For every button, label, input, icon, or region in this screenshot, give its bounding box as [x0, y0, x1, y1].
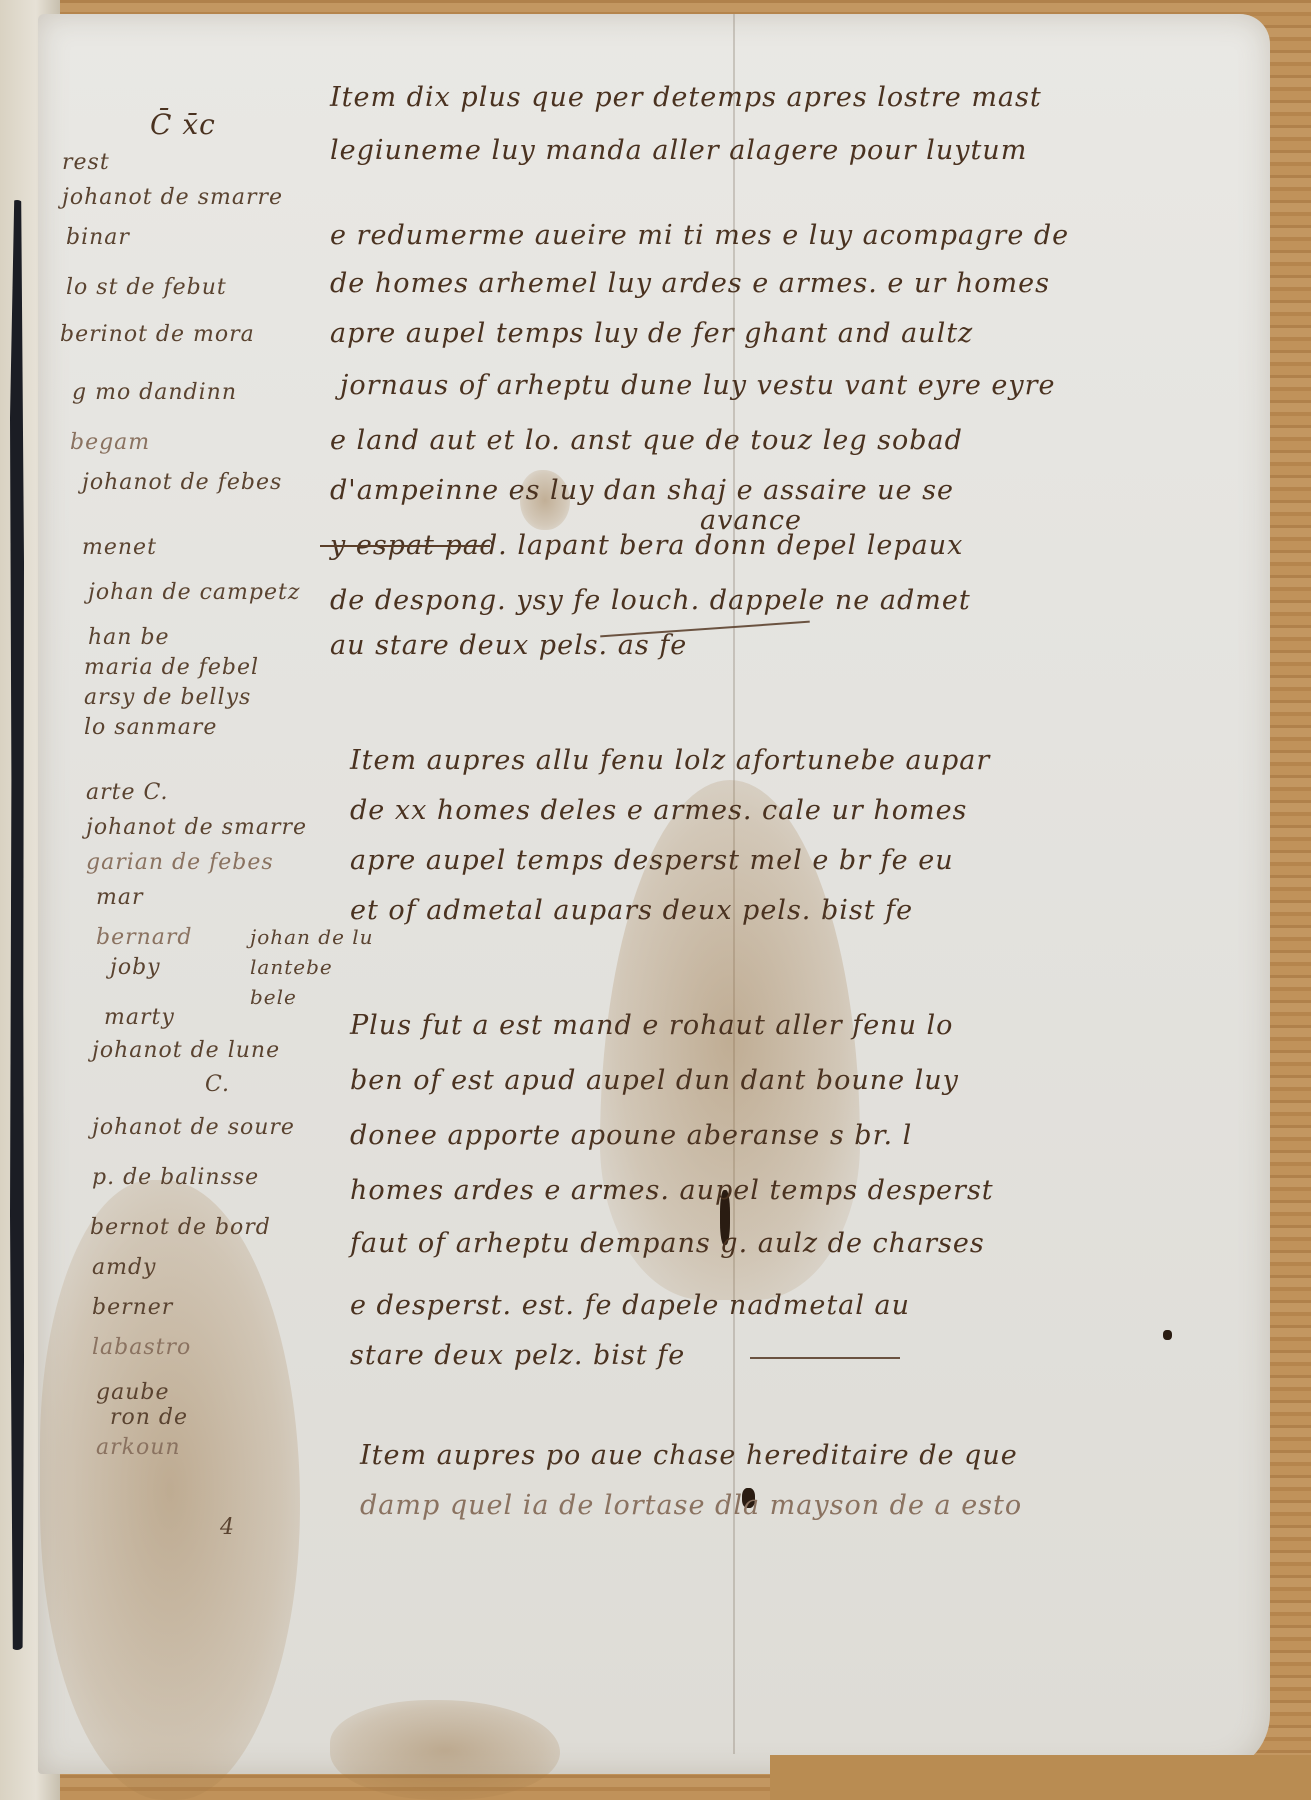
margin-name: johan de campetz [88, 580, 300, 605]
margin-name: begam [70, 430, 150, 455]
margin-name: amdy [92, 1255, 157, 1280]
text-line: apre aupel temps luy de fer ghant and au… [330, 318, 973, 349]
text-line: donee apporte apoune aberanse s br. l [350, 1120, 912, 1151]
margin-name: gaube [96, 1380, 169, 1405]
text-line: jornaus of arheptu dune luy vestu vant e… [340, 370, 1056, 401]
text-line: e land aut et lo. anst que de touz leg s… [330, 425, 963, 456]
text-line: e desperst. est. fe dapele nadmetal au [350, 1290, 910, 1321]
margin-name: berner [92, 1295, 173, 1320]
text-line: Item aupres allu fenu lolz afortunebe au… [350, 745, 990, 776]
margin-name: lo sanmare [84, 715, 217, 740]
margin-name: C. [205, 1072, 230, 1097]
text-line: e redumerme aueire mi ti mes e luy acomp… [330, 220, 1069, 251]
margin-name: johanot de lune [92, 1038, 280, 1063]
margin-name: johanot de smarre [62, 185, 283, 210]
margin-name: han be [88, 625, 170, 650]
margin-name: bele [250, 985, 297, 1009]
text-line: legiuneme luy manda aller alagere pour l… [330, 135, 1027, 166]
text-line: Plus fut a est mand e rohaut aller fenu … [350, 1010, 953, 1041]
folio-number: 4 [220, 1515, 235, 1540]
margin-name: arsy de bellys [84, 685, 251, 710]
text-line: homes ardes e armes. aupel temps despers… [350, 1175, 994, 1206]
text-line: d'ampeinne es luy dan shaj e assaire ue … [330, 475, 954, 506]
ink-dot [1163, 1330, 1172, 1340]
margin-name: binar [66, 225, 130, 250]
text-line: de xx homes deles e armes. cale ur homes [350, 795, 967, 826]
text-line: et of admetal aupars deux pels. bist fe [350, 895, 913, 926]
torn-page-corner [770, 1755, 1311, 1800]
margin-name: lantebe [250, 955, 333, 979]
margin-name: lo st de febut [66, 275, 227, 300]
text-line: apre aupel temps desperst mel e br fe eu [350, 845, 954, 876]
margin-name: g mo dandinn [72, 380, 237, 405]
text-line: ben of est apud aupel dun dant boune luy [350, 1065, 959, 1096]
margin-name: p. de balinsse [92, 1165, 259, 1190]
binding-thread [10, 200, 24, 1650]
margin-name: johanot de smarre [86, 815, 307, 840]
margin-name: bernard [96, 925, 193, 950]
water-stain-bottom [330, 1700, 560, 1800]
margin-name: joby [110, 955, 161, 980]
text-line: Item dix plus que per detemps apres lost… [330, 82, 1042, 113]
margin-heading: C̄ x̄c [150, 108, 216, 141]
text-line: stare deux pelz. bist fe [350, 1340, 685, 1371]
margin-name: bernot de bord [90, 1215, 271, 1240]
margin-name: johan de lu [250, 925, 374, 949]
margin-name: johanot de soure [92, 1115, 295, 1140]
margin-name: menet [82, 535, 157, 560]
margin-name: ron de [110, 1405, 188, 1430]
margin-name: marty [104, 1005, 175, 1030]
strike-stroke [320, 545, 490, 547]
margin-name: johanot de febes [82, 470, 282, 495]
margin-name: rest [62, 150, 110, 175]
margin-name: arkoun [96, 1435, 181, 1460]
text-line: de homes arhemel luy ardes e armes. e ur… [330, 268, 1050, 299]
text-line: damp quel ia de lortase dla mayson de a … [360, 1490, 1022, 1521]
margin-name: arte C. [86, 780, 169, 805]
margin-name: garian de febes [86, 850, 274, 875]
margin-name: mar [96, 885, 144, 910]
margin-name: labastro [92, 1335, 191, 1360]
text-line: de despong. ysy fe louch. dappele ne adm… [330, 585, 971, 616]
text-line: faut of arheptu dempans g. aulz de chars… [350, 1228, 985, 1259]
margin-name: berinot de mora [60, 322, 255, 347]
margin-name: maria de febel [84, 655, 259, 680]
line-filler-stroke [750, 1357, 900, 1359]
text-line: Item aupres po aue chase hereditaire de … [360, 1440, 1018, 1471]
